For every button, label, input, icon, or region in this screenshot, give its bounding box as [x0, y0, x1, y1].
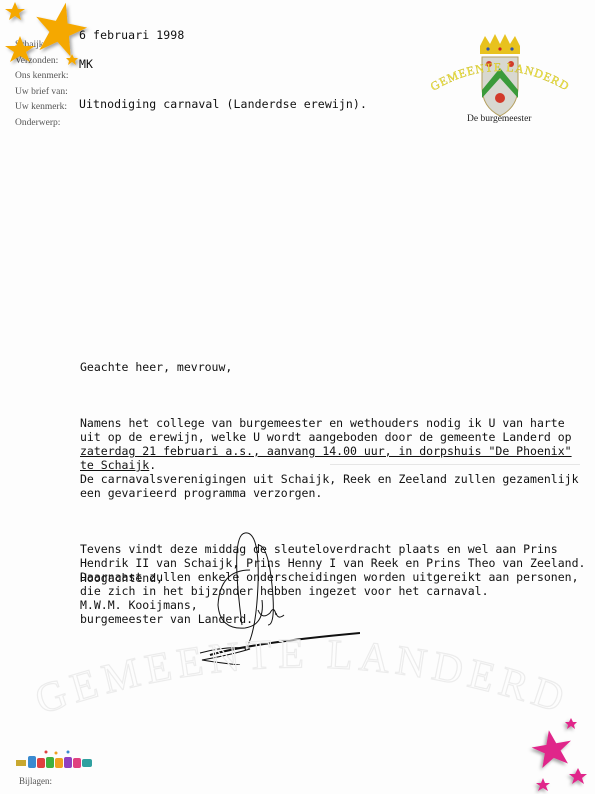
star-decoration-icon: [0, 0, 100, 80]
svg-text:GEMEENTE LANDERD: GEMEENTE LANDERD: [30, 631, 575, 720]
subject-value: Uitnodiging carnaval (Landerdse erewijn)…: [79, 97, 367, 111]
scan-artifact-line: [330, 464, 580, 465]
attachments-label: Bijlagen:: [19, 776, 52, 786]
dorpsplein-logo-icon: [16, 750, 94, 772]
signer-name: M.W.M. Kooijmans,: [80, 598, 198, 612]
crown-icon: [480, 34, 520, 54]
star-decoration-icon: [520, 710, 595, 794]
watermark-text: GEMEENTE LANDERD: [20, 630, 580, 720]
event-details-underlined: zaterdag 21 februari a.s., aanvang 14.00…: [80, 444, 572, 458]
closing: Hoogachtend,: [80, 571, 163, 585]
letter-page: Schaijk: Verzonden: Ons kenmerk: Uw brie…: [0, 0, 595, 794]
salutation: Geachte heer, mevrouw,: [80, 360, 585, 374]
label-your-reference: Uw kenmerk:: [15, 100, 69, 116]
crest-caption: De burgemeester: [467, 114, 531, 124]
label-subject: Onderwerp:: [15, 116, 69, 132]
paragraph-invitation: Namens het college van burgemeester en w…: [80, 416, 585, 500]
label-your-letter: Uw brief van:: [15, 85, 69, 101]
